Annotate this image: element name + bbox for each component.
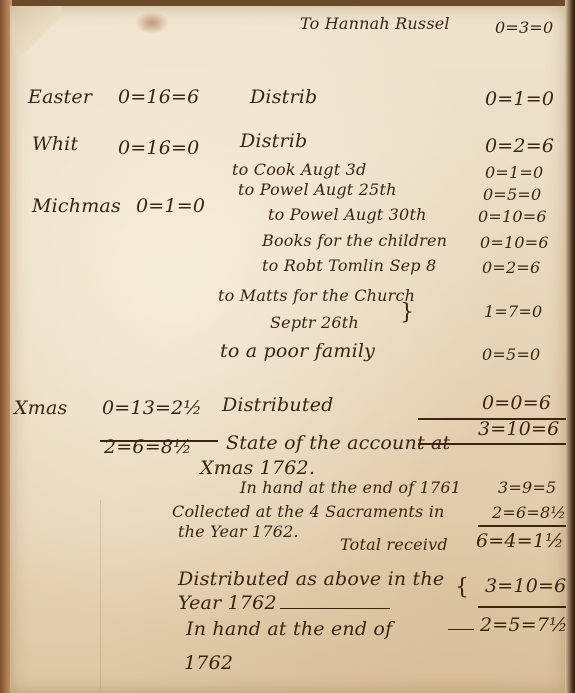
page-crease: [100, 500, 101, 693]
distribution-easter-amount: 0=1=0: [485, 88, 554, 110]
leader-line: [448, 629, 474, 630]
distribution-matts-amount: 1=7=0: [484, 302, 542, 321]
in-hand-rule: [478, 606, 566, 608]
collection-michmas-label: Michmas: [32, 195, 121, 217]
distribution-matts-date: Septr 26th: [270, 313, 359, 332]
collection-easter-label: Easter: [28, 86, 92, 108]
collections-total: 2=6=8½: [104, 436, 192, 458]
distribution-whit-label: Distrib: [240, 130, 307, 152]
distribution-powel-25-amount: 0=5=0: [483, 185, 541, 204]
summary-distributed-amount: 3=10=6: [485, 575, 566, 597]
distribution-matts-label: to Matts for the Church: [218, 286, 415, 305]
summary-collected-label: Collected at the 4 Sacraments in: [172, 502, 445, 521]
summary-in-hand-1762-amount: 2=5=7½: [480, 614, 568, 636]
summary-collected-amount: 2=6=8½: [492, 503, 566, 522]
distribution-books-amount: 0=10=6: [480, 233, 549, 252]
distribution-cook-amount: 0=1=0: [485, 163, 543, 182]
distribution-tomlin-amount: 0=2=6: [482, 258, 540, 277]
distribution-powel-30-label: to Powel Augt 30th: [268, 205, 427, 224]
distribution-cook-label: to Cook Augt 3d: [232, 160, 366, 179]
top-entry-label: To Hannah Russel: [300, 14, 450, 33]
brace: }: [400, 300, 414, 325]
distribution-poor-family-amount: 0=5=0: [482, 345, 540, 364]
collection-whit-label: Whit: [32, 133, 78, 155]
distribution-easter-label: Distrib: [250, 86, 317, 108]
collection-xmas-label: Xmas: [14, 397, 67, 419]
summary-in-hand-1762-year: 1762: [184, 652, 233, 674]
collection-easter-amount: 0=16=6: [118, 86, 199, 108]
summary-heading-date: Xmas 1762.: [200, 457, 315, 479]
distributions-total: 3=10=6: [478, 418, 559, 440]
distribution-books-label: Books for the children: [262, 231, 447, 250]
distribution-xmas-label: Distributed: [222, 394, 334, 416]
collection-xmas-amount: 0=13=2½: [102, 397, 202, 419]
summary-distributed-year: Year 1762: [178, 592, 277, 614]
summary-in-hand-1761-label: In hand at the end of 1761: [240, 478, 461, 497]
brace: {: [455, 575, 469, 600]
summary-heading: State of the account at: [226, 432, 450, 454]
distribution-xmas-amount: 0=0=6: [482, 392, 551, 414]
summary-collected-year: the Year 1762.: [178, 522, 299, 541]
ink-stain: [135, 12, 169, 34]
folded-corner: [14, 6, 62, 54]
distribution-whit-amount: 0=2=6: [485, 135, 554, 157]
summary-in-hand-1762-label: In hand at the end of: [186, 618, 392, 640]
leader-line: [280, 608, 390, 609]
top-entry-amount: 0=3=0: [495, 18, 553, 37]
distribution-tomlin-label: to Robt Tomlin Sep 8: [262, 256, 436, 275]
total-received-rule: [478, 525, 566, 527]
distribution-poor-family-label: to a poor family: [220, 340, 375, 362]
collection-whit-amount: 0=16=0: [118, 137, 199, 159]
summary-total-received-label: Total receivd: [340, 535, 448, 554]
summary-total-received-amount: 6=4=1½: [476, 530, 564, 552]
summary-distributed-label: Distributed as above in the: [178, 568, 444, 590]
collection-michmas-amount: 0=1=0: [136, 195, 205, 217]
distribution-powel-30-amount: 0=10=6: [478, 207, 547, 226]
summary-in-hand-1761-amount: 3=9=5: [498, 478, 556, 497]
distribution-powel-25-label: to Powel Augt 25th: [238, 180, 397, 199]
page-edge-right: [565, 0, 575, 693]
